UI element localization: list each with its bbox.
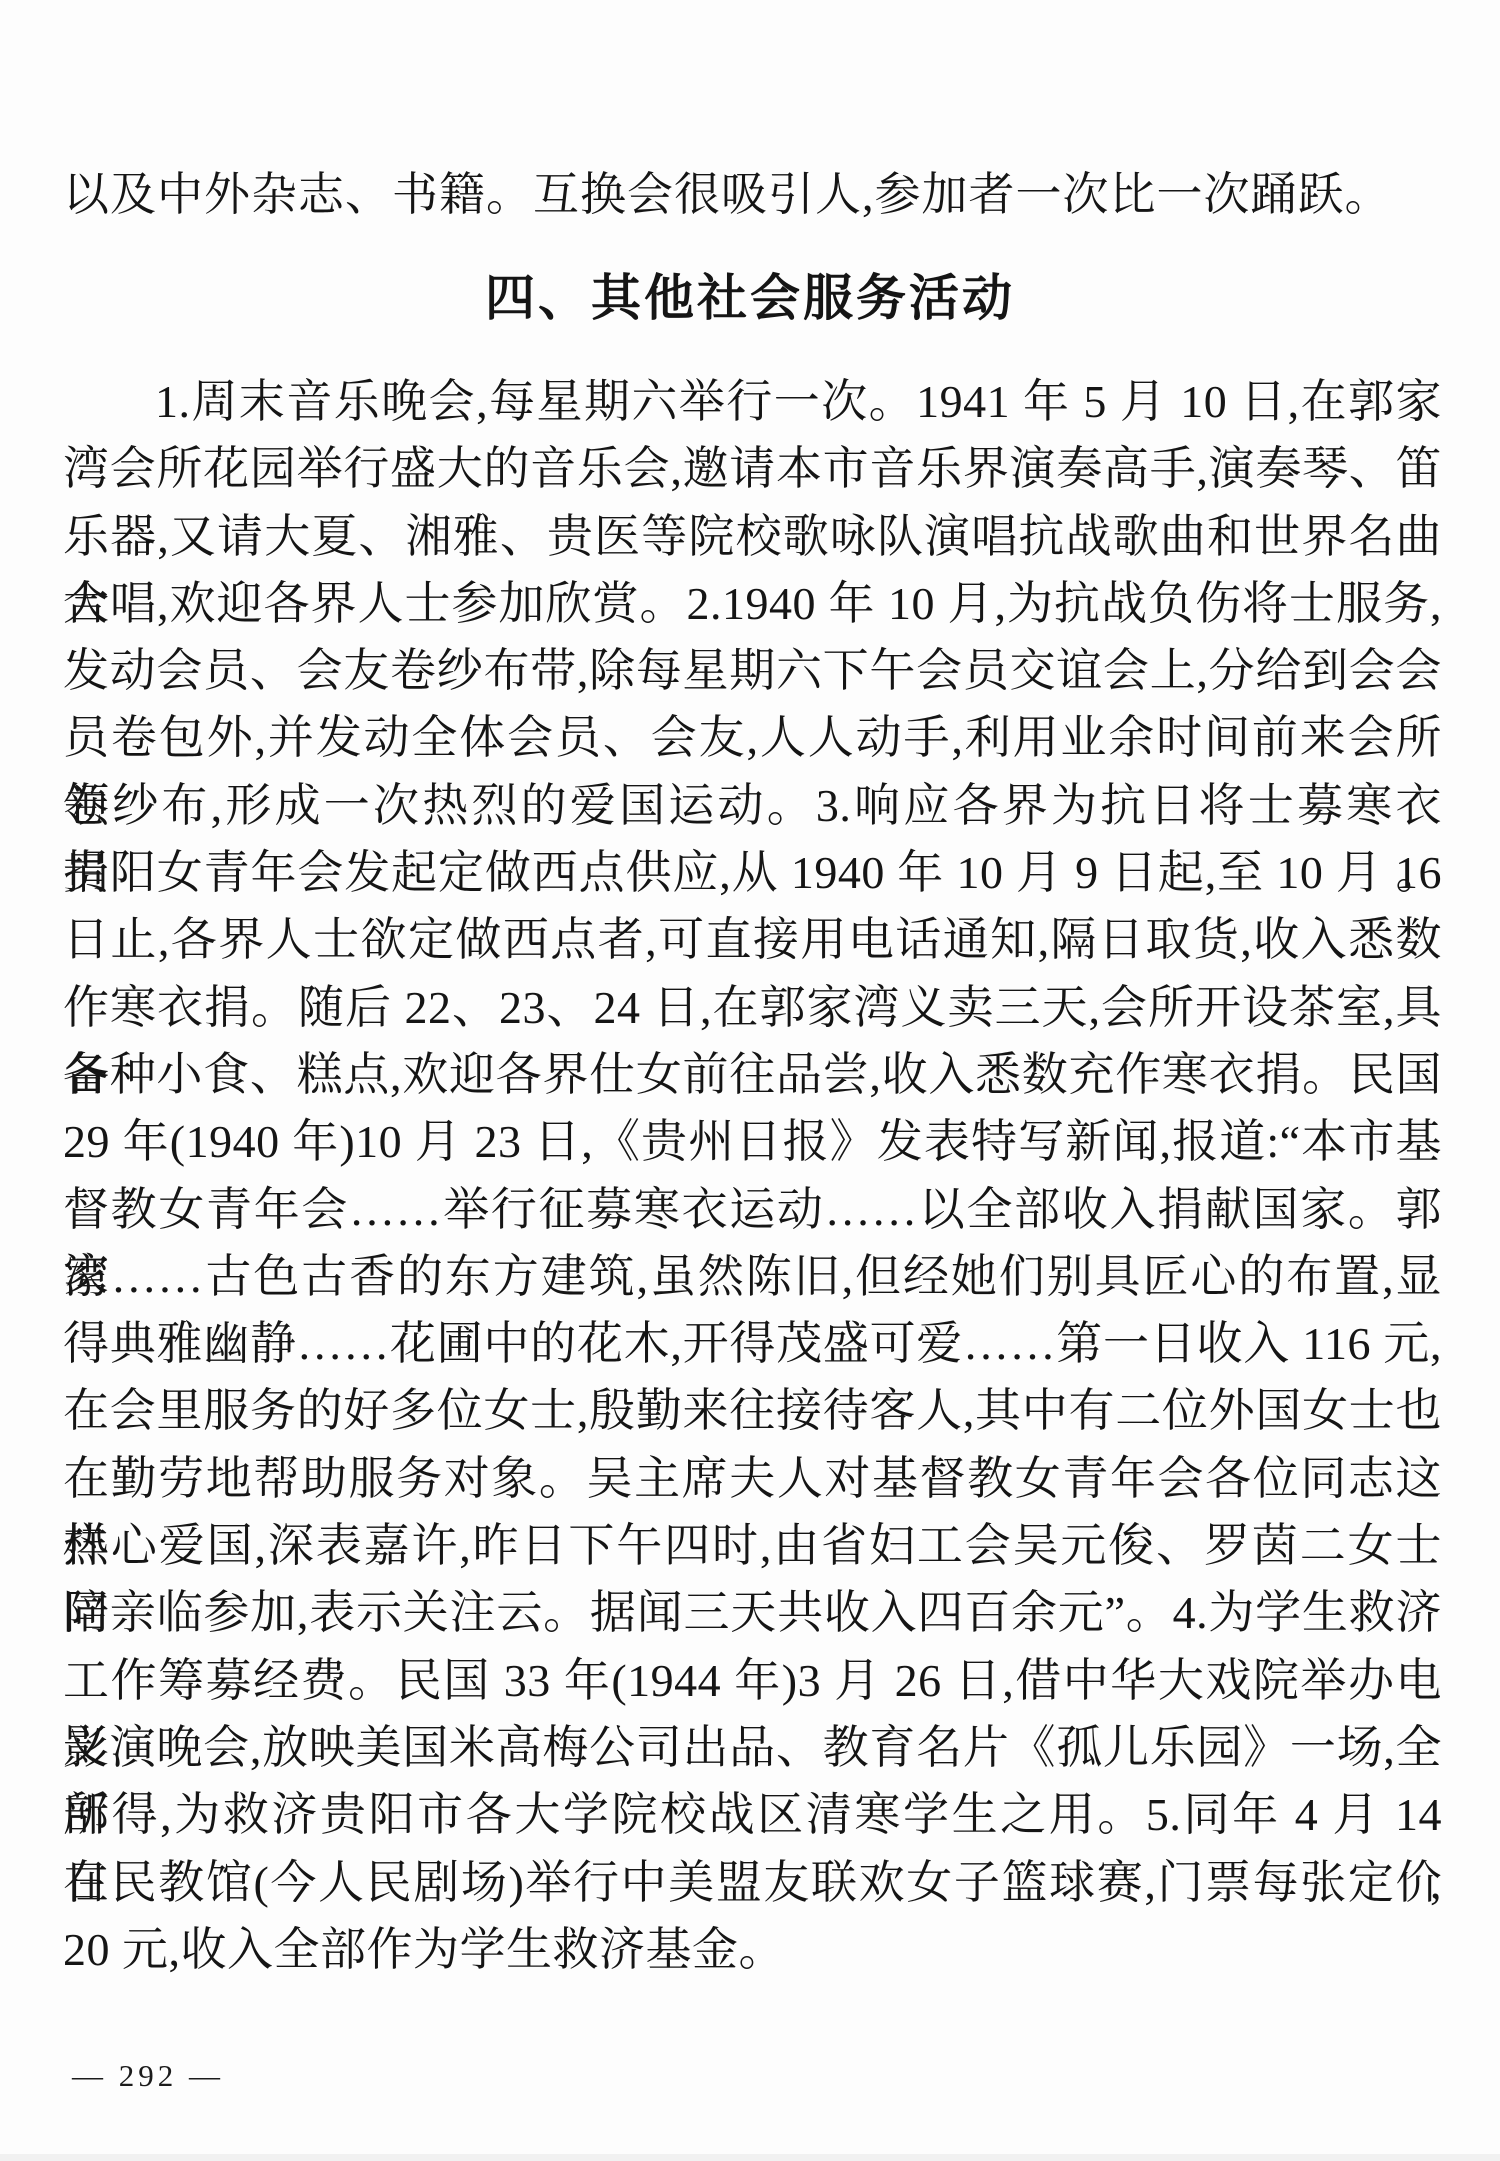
paragraph-continuation-line: 以及中外杂志、书籍。互换会很吸引人,参加者一次比一次踊跃。 — [63, 163, 1442, 227]
body-line: 所得,为救济贵阳市各大学院校战区清寒学生之用。5.同年 4 月 14 日, — [63, 1781, 1442, 1848]
body-line: 乐器,又请大夏、湘雅、贵医等院校歌咏队演唱抗战歌曲和世界名曲大 — [63, 503, 1442, 570]
body-line: 义演晚会,放映美国米高梅公司出品、教育名片《孤儿乐园》一场,全部 — [63, 1714, 1442, 1781]
body-line: 贵阳女青年会发起定做西点供应,从 1940 年 10 月 9 日起,至 10 月… — [63, 839, 1442, 906]
scan-edge-shadow — [0, 2154, 1500, 2161]
body-line: 热心爱国,深表嘉许,昨日下午四时,由省妇工会吴元俊、罗茵二女士陪 — [63, 1512, 1442, 1579]
body-line: 发动会员、会友卷纱布带,除每星期六下午会员交谊会上,分给到会会 — [63, 637, 1442, 704]
body-line: 1.周末音乐晚会,每星期六举行一次。1941 年 5 月 10 日,在郭家 — [63, 368, 1442, 435]
body-line: 各种小食、糕点,欢迎各界仕女前往品尝,收入悉数充作寒衣捐。民国 — [63, 1041, 1442, 1108]
body-line: 同亲临参加,表示关注云。据闻三天共收入四百余元”。4.为学生救济 — [63, 1579, 1442, 1646]
scanned-book-page: 以及中外杂志、书籍。互换会很吸引人,参加者一次比一次踊跃。 四、其他社会服务活动… — [0, 0, 1500, 2161]
body-line: 湾会所花园举行盛大的音乐会,邀请本市音乐界演奏高手,演奏琴、笛 — [63, 435, 1442, 502]
body-line: 20 元,收入全部作为学生救济基金。 — [63, 1916, 1442, 1983]
body-line: 在会里服务的好多位女士,殷勤来往接待客人,其中有二位外国女士也 — [63, 1377, 1442, 1444]
body-line: 督教女青年会……举行征募寒衣运动……以全部收入捐献国家。郭家 — [63, 1176, 1442, 1243]
section-heading: 四、其他社会服务活动 — [0, 258, 1500, 330]
body-line: 卷纱布,形成一次热烈的爱国运动。3.响应各界为抗日将士募寒衣捐。 — [63, 772, 1442, 839]
body-line: 湾……古色古香的东方建筑,虽然陈旧,但经她们别具匠心的布置,显 — [63, 1243, 1442, 1310]
body-line: 29 年(1940 年)10 月 23 日,《贵州日报》发表特写新闻,报道:“本… — [63, 1108, 1442, 1175]
body-line: 作寒衣捐。随后 22、23、24 日,在郭家湾义卖三天,会所开设茶室,具备 — [63, 974, 1442, 1041]
body-line: 在民教馆(今人民剧场)举行中美盟友联欢女子篮球赛,门票每张定价 — [63, 1849, 1442, 1916]
body-line: 合唱,欢迎各界人士参加欣赏。2.1940 年 10 月,为抗战负伤将士服务, — [63, 570, 1442, 637]
page-number: — 292 — — [72, 2058, 224, 2094]
body-paragraph: 1.周末音乐晚会,每星期六举行一次。1941 年 5 月 10 日,在郭家 湾会… — [63, 368, 1442, 1983]
body-line: 工作筹募经费。民国 33 年(1944 年)3 月 26 日,借中华大戏院举办电… — [63, 1647, 1442, 1714]
body-line: 员卷包外,并发动全体会员、会友,人人动手,利用业余时间前来会所领 — [63, 704, 1442, 771]
body-line: 得典雅幽静……花圃中的花木,开得茂盛可爱……第一日收入 116 元, — [63, 1310, 1442, 1377]
body-line: 日止,各界人士欲定做西点者,可直接用电话通知,隔日取货,收入悉数 — [63, 906, 1442, 973]
body-line: 在勤劳地帮助服务对象。吴主席夫人对基督教女青年会各位同志这样 — [63, 1445, 1442, 1512]
